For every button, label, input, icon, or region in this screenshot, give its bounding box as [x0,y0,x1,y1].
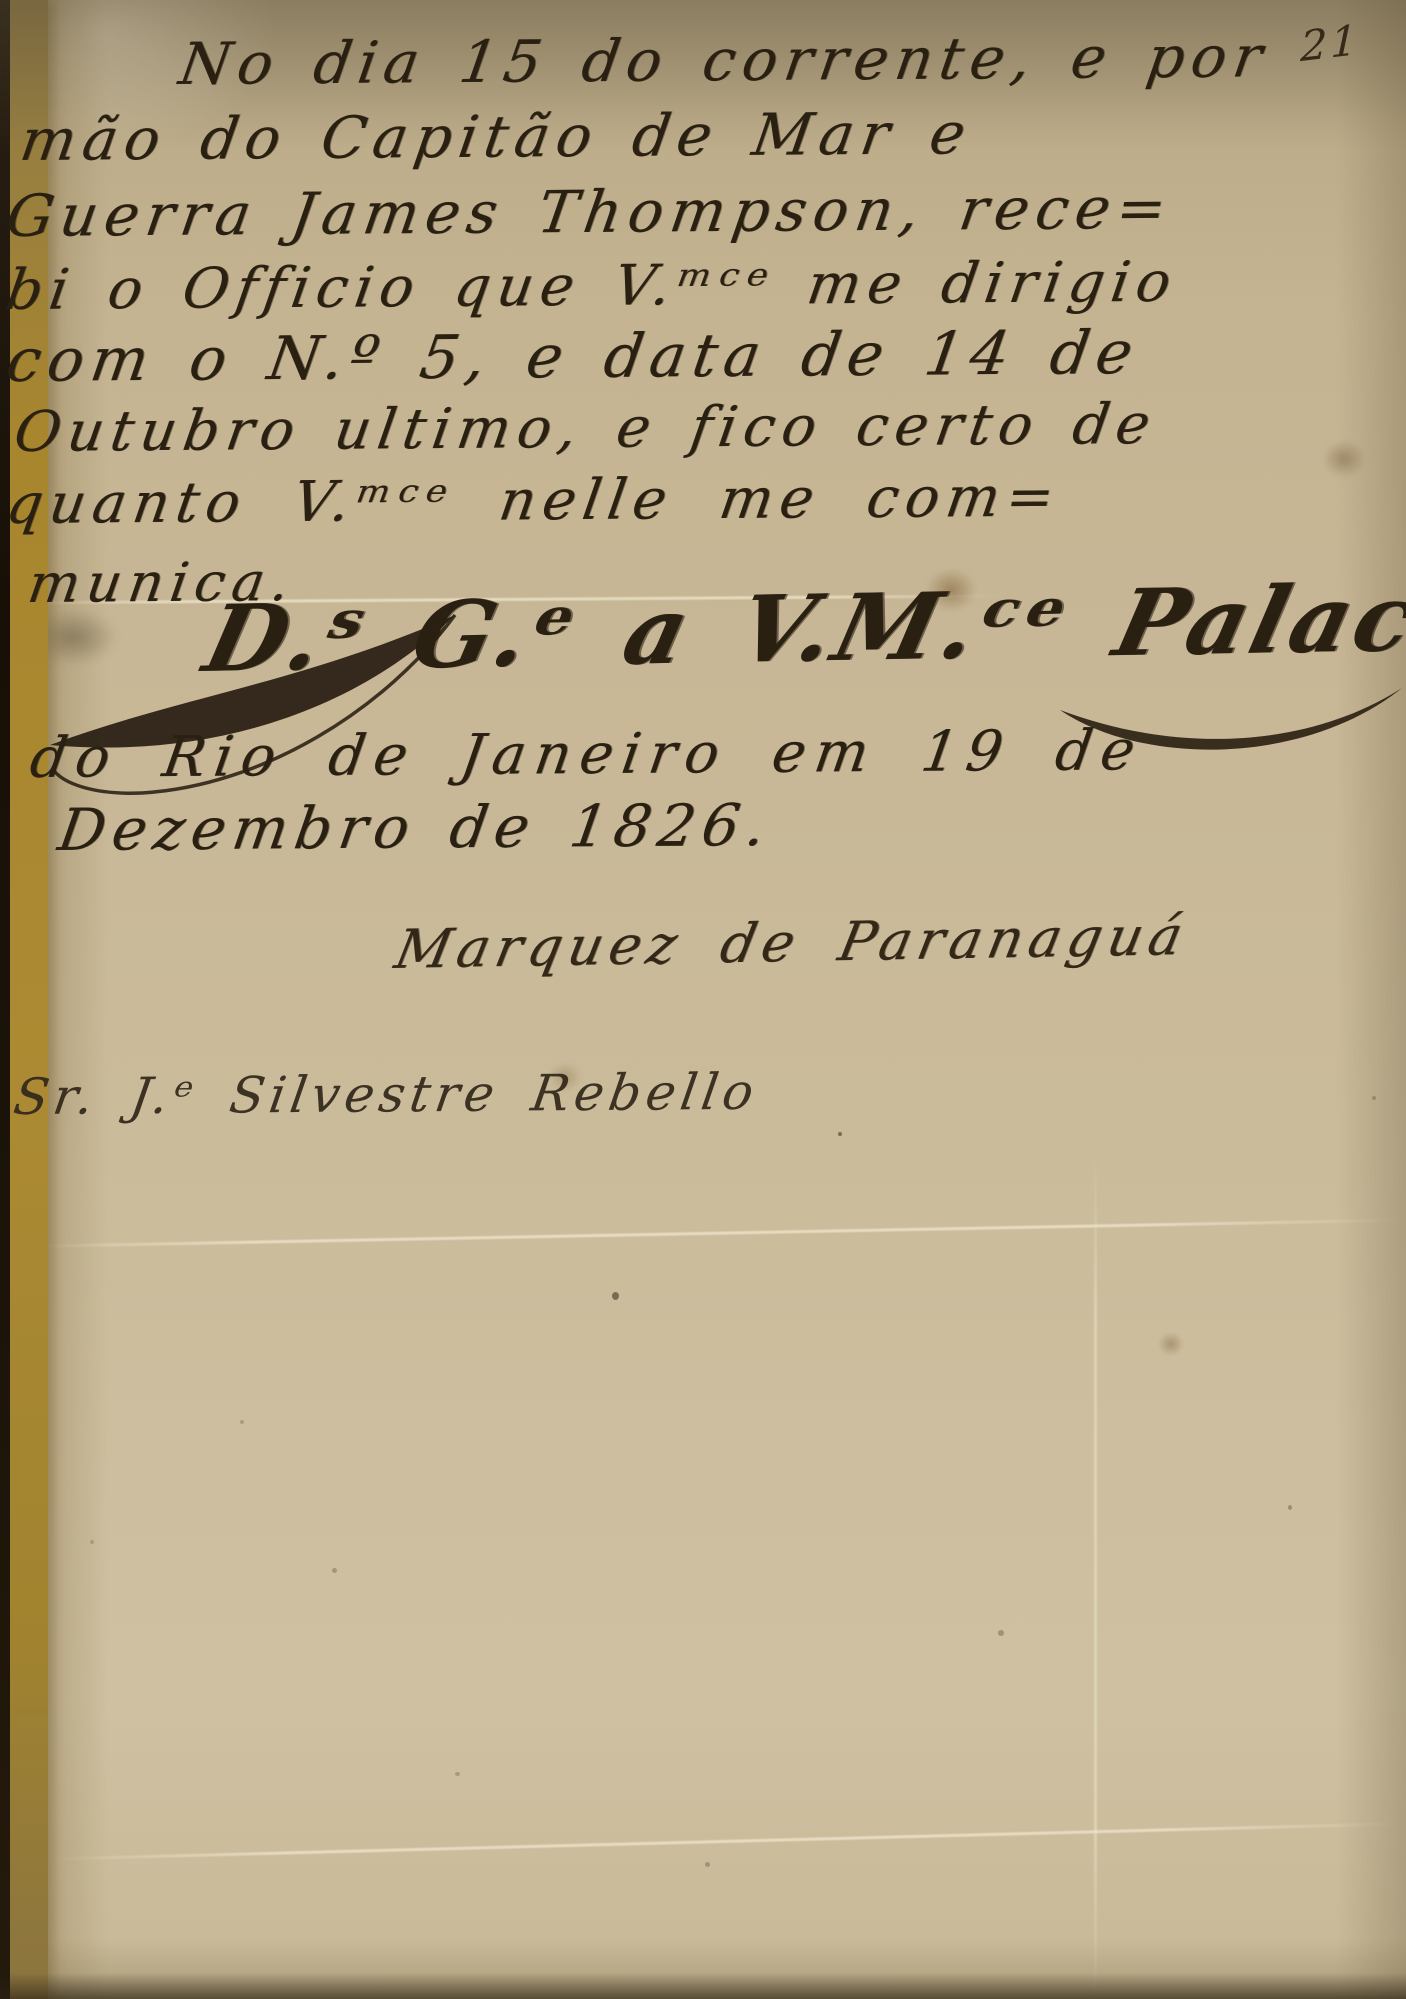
valediction-line: D.ˢ G.ᵉ a V.M.ᶜᵉ Palacio [195,562,1406,693]
fold-crease-lower [40,1822,1406,1861]
letter-line: Outubro ultimo, e fico certo de [10,392,1161,465]
speck [612,1292,619,1300]
speck [998,1630,1004,1636]
speck [332,1568,337,1573]
letter-line: mão do Capitão de Mar e [16,99,977,174]
speck [705,1862,710,1867]
speck [838,1132,842,1136]
letter-line: quanto V.ᵐᶜᵉ nelle me com= [2,465,1066,537]
manuscript-page: 21 No dia 15 do corrente, e por mão do C… [0,0,1406,1999]
page-number: 21 [1300,15,1361,71]
signature: Marquez de Paranaguá [390,904,1194,981]
bottom-edge-shadow [0,1973,1406,1999]
speck [455,1772,460,1776]
speck [240,1420,244,1424]
fold-crease-vertical [1094,1150,1097,1999]
fold-crease-middle [0,1219,1406,1249]
speck [1288,1505,1292,1510]
paper-blemish [1158,1332,1184,1356]
letter-line: Guerra James Thompson, rece= [2,174,1178,250]
letter-line: bi o Officio que V.ᵐᶜᵉ me dirigio [2,250,1182,323]
dateline: do Rio de Janeiro em 19 de [26,718,1148,791]
letter-line: No dia 15 do corrente, e por [175,22,1274,98]
letter-line: com o N.º 5, e data de 14 de [2,318,1144,396]
dateline: Dezembro de 1826. [54,791,777,864]
addressee-line: Sr. J.ᵉ Silvestre Rebello [10,1063,762,1126]
right-edge-shadow [1336,0,1406,1999]
